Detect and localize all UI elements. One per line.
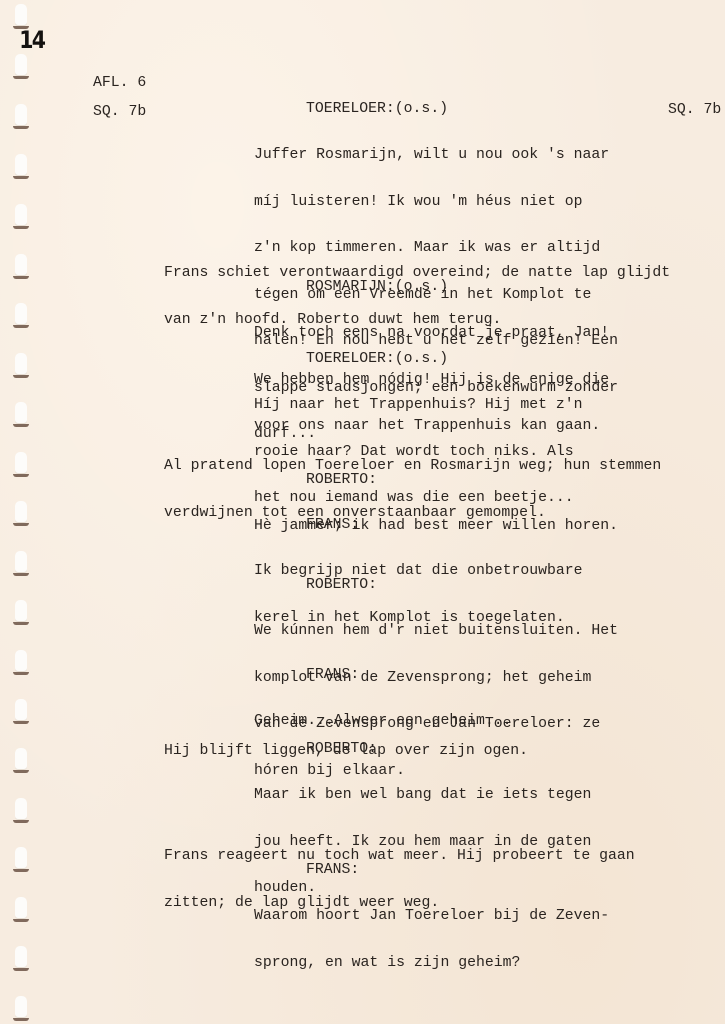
dialogue-line: Híj naar het Trappenhuis? Hij met z'n <box>254 398 583 414</box>
binding-hole <box>15 650 27 672</box>
episode-label: AFL. 6 <box>93 76 146 92</box>
script-page: 14 AFL. 6 SQ. 7b SQ. 7b TOERELOER:(o.s.)… <box>0 0 725 1024</box>
dialogue-line: Maar ik ben wel bang dat ie iets tegen <box>254 788 591 804</box>
binding-hole <box>15 897 27 919</box>
dialogue-line: Denk toch eens na voordat je praat, Jan! <box>254 326 609 342</box>
binding-hole <box>15 4 27 26</box>
character-cue: TOERELOER:(o.s.) <box>306 102 448 118</box>
binding-hole <box>15 748 27 770</box>
binding-hole <box>15 798 27 820</box>
binding-hole <box>15 699 27 721</box>
binding-hole <box>15 154 27 176</box>
binding-hole <box>15 353 27 375</box>
character-cue: FRANS: <box>306 863 359 879</box>
character-cue: FRANS: <box>306 668 359 684</box>
character-cue: ROBERTO: <box>306 742 377 758</box>
binding-hole <box>15 600 27 622</box>
binding-hole <box>15 847 27 869</box>
binding-hole <box>15 54 27 76</box>
dialogue-block: Waarom hoort Jan Toereloer bij de Zeven-… <box>254 878 609 1002</box>
binding-hole <box>15 254 27 276</box>
action-line: Al pratend lopen Toereloer en Rosmarijn … <box>164 459 661 475</box>
action-line: Frans reageert nu toch wat meer. Hij pro… <box>164 849 635 865</box>
binding-hole <box>15 996 27 1018</box>
binding-hole <box>15 946 27 968</box>
binding-hole <box>15 501 27 523</box>
binding-hole <box>15 303 27 325</box>
character-cue: FRANS: <box>306 518 359 534</box>
dialogue-line: We kúnnen hem d'r niet buitensluiten. He… <box>254 624 618 640</box>
binding-hole <box>15 104 27 126</box>
sequence-label-right: SQ. 7b <box>668 103 721 119</box>
sequence-label-left: SQ. 7b <box>93 105 146 121</box>
binding-hole <box>15 402 27 424</box>
binding-hole <box>15 551 27 573</box>
character-cue: ROBERTO: <box>306 473 377 489</box>
handwritten-page-number: 14 <box>19 26 44 54</box>
character-cue: TOERELOER:(o.s.) <box>306 352 448 368</box>
dialogue-line: Waarom hoort Jan Toereloer bij de Zeven- <box>254 909 609 925</box>
binding-hole <box>15 452 27 474</box>
dialogue-line: Juffer Rosmarijn, wilt u nou ook 's naar <box>254 148 618 164</box>
dialogue-line: sprong, en wat is zijn geheim? <box>254 956 609 972</box>
character-cue: ROBERTO: <box>306 578 377 594</box>
dialogue-line: míj luisteren! Ik wou 'm héus niet op <box>254 195 618 211</box>
binding-hole <box>15 204 27 226</box>
character-cue: ROSMARIJN:(o.s.) <box>306 280 448 296</box>
dialogue-line: Ik begrijp niet dat die onbetrouwbare <box>254 564 583 580</box>
